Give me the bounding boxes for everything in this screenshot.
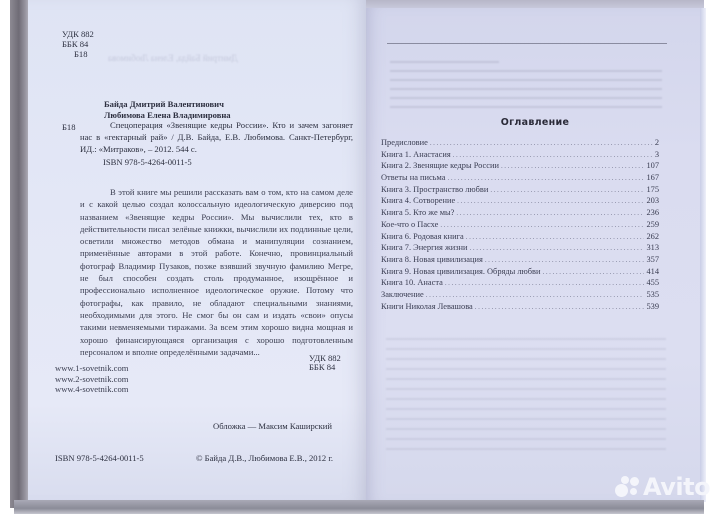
toc-entry: Заключение535 bbox=[381, 289, 659, 301]
toc-entry-title: Кое-что о Пасхе bbox=[381, 219, 438, 231]
toc-entry: Книга 6. Родовая книга262 bbox=[381, 231, 659, 243]
cover-credit: Обложка — Максим Каширский bbox=[213, 421, 332, 431]
toc-entry-title: Книга 8. Новая цивилизация bbox=[381, 254, 483, 266]
toc-entry: Книга 1. Анастасия3 bbox=[381, 149, 659, 161]
toc-entry: Книги Николая Левашова539 bbox=[381, 301, 659, 313]
bbk-code-bottom: ББК 84 bbox=[309, 362, 335, 372]
toc-entry-page: 414 bbox=[646, 266, 659, 278]
toc-dot-leader bbox=[456, 208, 644, 220]
toc-dot-leader bbox=[430, 138, 653, 150]
toc-entry-page: 236 bbox=[646, 207, 659, 219]
toc-entry-title: Книга 2. Звенящие кедры России bbox=[381, 160, 499, 172]
toc-title: Оглавление bbox=[366, 117, 704, 128]
toc-entry-page: 203 bbox=[646, 195, 659, 207]
toc-entry-page: 262 bbox=[646, 231, 659, 243]
toc-entry: Книга 5. Кто же мы?236 bbox=[381, 207, 659, 219]
show-through-rule bbox=[387, 43, 667, 44]
avito-wordmark: Avito bbox=[643, 473, 710, 501]
toc-entry-title: Предисловие bbox=[381, 137, 428, 149]
toc-entry: Книга 9. Новая цивилизация. Обряды любви… bbox=[381, 266, 659, 278]
toc-entry-page: 107 bbox=[646, 160, 659, 172]
annotation-text: Спецоперация «Звенящие кедры России». Кт… bbox=[80, 120, 353, 155]
toc-dot-leader bbox=[466, 232, 645, 244]
toc-dot-leader bbox=[445, 278, 645, 290]
toc-entry-title: Ответы на письма bbox=[381, 172, 445, 184]
toc-entry-page: 535 bbox=[646, 289, 659, 301]
toc-dot-leader bbox=[542, 267, 644, 279]
toc-entry-title: Книга 3. Пространство любви bbox=[381, 184, 488, 196]
toc-entry-page: 455 bbox=[646, 277, 659, 289]
toc-dot-leader bbox=[475, 302, 645, 314]
toc-entry-page: 313 bbox=[646, 242, 659, 254]
bibliographic-annotation: Спецоперация «Звенящие кедры России». Кт… bbox=[80, 120, 353, 155]
isbn-bottom: ISBN 978-5-4264-0011-5 bbox=[55, 453, 144, 463]
show-through-text-block bbox=[390, 54, 662, 114]
book-bottom-edge bbox=[14, 500, 704, 514]
author-2: Любимова Елена Владимировна bbox=[104, 110, 231, 120]
description-text: В этой книге мы решили рассказать вам о … bbox=[80, 186, 353, 358]
toc-entry-title: Книга 10. Анаста bbox=[381, 277, 443, 289]
avito-watermark: Avito bbox=[615, 473, 710, 501]
toc-entry-title: Книга 9. Новая цивилизация. Обряды любви bbox=[381, 266, 540, 278]
toc-entry: Книга 8. Новая цивилизация357 bbox=[381, 254, 659, 266]
toc-entry-title: Книга 6. Родовая книга bbox=[381, 231, 464, 243]
toc-entry-title: Книга 5. Кто же мы? bbox=[381, 207, 454, 219]
copyright: © Байда Д.В., Любимова Е.В., 2012 г. bbox=[196, 453, 333, 463]
toc-entry-title: Книга 4. Сотворение bbox=[381, 195, 455, 207]
toc-entry-title: Книга 1. Анастасия bbox=[381, 149, 451, 161]
isbn: ISBN 978-5-4264-0011-5 bbox=[103, 157, 192, 167]
author-1: Байда Дмитрий Валентинович bbox=[104, 99, 224, 109]
udk-code: УДК 882 bbox=[62, 29, 94, 39]
book-spread: УДК 882 ББК 84 Б18 Дмитрий Байда, Елена … bbox=[0, 0, 720, 514]
show-through-text: Дмитрий Байда, Елена Любимова bbox=[108, 53, 238, 63]
toc-entry-page: 2 bbox=[655, 137, 659, 149]
table-of-contents: Предисловие2Книга 1. Анастасия3Книга 2. … bbox=[381, 137, 659, 312]
toc-entry-page: 175 bbox=[646, 184, 659, 196]
toc-dot-leader bbox=[470, 243, 645, 255]
website-list: www.1-sovetnik.com www.2-sovetnik.com ww… bbox=[55, 363, 128, 395]
page-edge bbox=[700, 8, 706, 502]
toc-entry: Книга 7. Энергия жизни313 bbox=[381, 242, 659, 254]
toc-entry-page: 3 bbox=[655, 149, 659, 161]
toc-dot-leader bbox=[501, 161, 644, 173]
toc-entry-page: 167 bbox=[646, 172, 659, 184]
website-url: www.1-sovetnik.com bbox=[55, 363, 128, 374]
toc-entry: Книга 10. Анаста455 bbox=[381, 277, 659, 289]
website-url: www.2-sovetnik.com bbox=[55, 374, 128, 385]
toc-dot-leader bbox=[457, 196, 644, 208]
catalog-code-annotation: Б18 bbox=[62, 122, 76, 132]
toc-entry-page: 539 bbox=[646, 301, 659, 313]
toc-entry: Кое-что о Пасхе259 bbox=[381, 219, 659, 231]
book-description: В этой книге мы решили рассказать вам о … bbox=[80, 186, 353, 358]
toc-entry-title: Книги Николая Левашова bbox=[381, 301, 473, 313]
toc-entry: Книга 2. Звенящие кедры России107 bbox=[381, 160, 659, 172]
avito-logo-icon bbox=[615, 475, 641, 499]
catalog-code: Б18 bbox=[74, 49, 88, 59]
toc-entry: Предисловие2 bbox=[381, 137, 659, 149]
toc-entry-page: 357 bbox=[646, 254, 659, 266]
toc-entry-title: Книга 7. Энергия жизни bbox=[381, 242, 468, 254]
toc-entry: Ответы на письма167 bbox=[381, 172, 659, 184]
toc-dot-leader bbox=[440, 220, 644, 232]
show-through-text-block bbox=[386, 330, 666, 480]
toc-entry-page: 259 bbox=[646, 219, 659, 231]
website-url: www.4-sovetnik.com bbox=[55, 384, 128, 395]
toc-entry: Книга 3. Пространство любви175 bbox=[381, 184, 659, 196]
toc-entry-title: Заключение bbox=[381, 289, 424, 301]
toc-entry: Книга 4. Сотворение203 bbox=[381, 195, 659, 207]
bbk-code: ББК 84 bbox=[62, 39, 88, 49]
toc-dot-leader bbox=[490, 185, 644, 197]
